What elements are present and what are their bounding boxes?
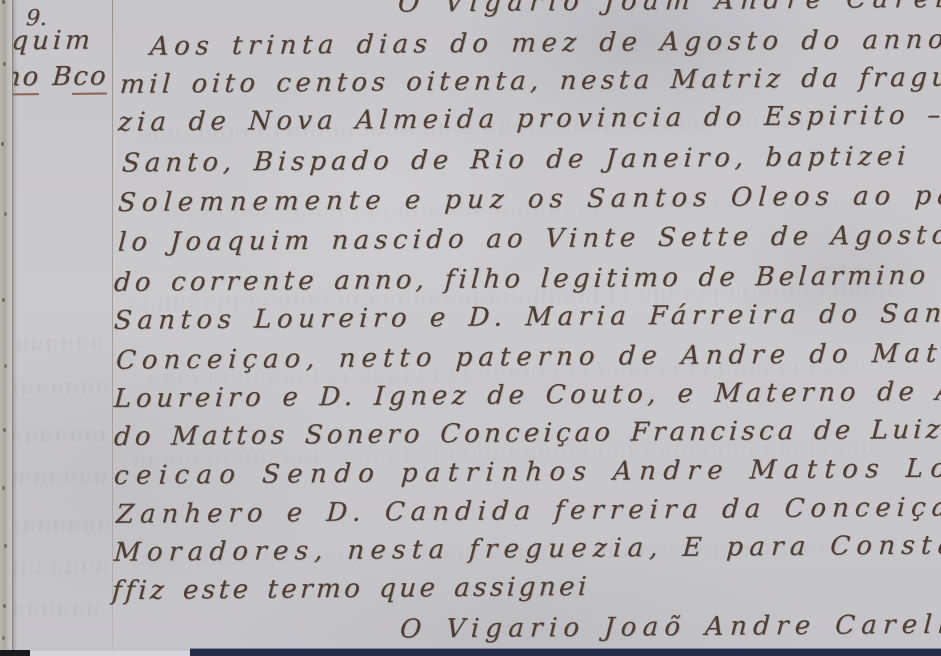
vicar-signature: O Vigario Joaõ Andre Carella [399, 607, 941, 646]
bleedthrough-ghost [10, 519, 108, 533]
edge-ink-specks [2, 0, 5, 4]
margin-abbrev-part: B [51, 62, 74, 92]
bleedthrough-ghost [8, 561, 108, 575]
manuscript-line: do Mattos Sonero Conceiçao Francisca de … [113, 412, 941, 454]
binding-edge [0, 0, 13, 656]
manuscript-line: ffiz este termo que assignei [111, 570, 591, 608]
manuscript-line: Moradores, nesta freguezia, E para Const… [113, 528, 941, 570]
bleedthrough-ghost [12, 429, 108, 443]
manuscript-line: Solemnemente e puz os Santos Oleos ao pa… [117, 178, 941, 220]
manuscript-line: Zanhero e D. Candida ferreira da Conceiç… [115, 490, 941, 532]
manuscript-line: ceicao Sendo patrinhos Andre Mattos Lour… [113, 451, 941, 493]
bleedthrough-ghost [8, 381, 108, 395]
manuscript-line: lo Joaquim nascido ao Vinte Sette de Ago… [117, 218, 941, 259]
manuscript-line: do corrente anno, filho legitimo de Bela… [113, 258, 941, 300]
margin-abbrev-part: co [72, 62, 108, 95]
manuscript-page: 9. aquim moBco O Vigario Joam Andre Care… [0, 0, 941, 656]
manuscript-line: zia de Nova Almeida provincia do Espirit… [117, 98, 941, 139]
bleedthrough-ghost [6, 471, 108, 485]
manuscript-line: Aos trinta dias do mez de Agosto do anno… [149, 22, 941, 64]
bottom-edge-light-bar [30, 651, 190, 656]
bleedthrough-ghost [18, 337, 106, 351]
bottom-edge-navy-bar [190, 648, 941, 656]
manuscript-line: Conceiçao, netto paterno de Andre do Mat… [115, 336, 941, 378]
bottom-edge-black-bar [0, 650, 30, 656]
manuscript-line: mil oito centos oitenta, nesta Matriz da… [119, 60, 941, 102]
manuscript-line: Loureiro e D. Ignez de Couto, e Materno … [113, 374, 941, 416]
manuscript-line: Santo, Bispado de Rio de Janeiro, baptiz… [121, 140, 912, 181]
margin-note-name-fragment: aquim [0, 24, 95, 59]
manuscript-line-top-partial: O Vigario Joam Andre Carella [397, 0, 941, 21]
bleedthrough-ghost [14, 603, 98, 616]
manuscript-line: Santos Loureiro e D. Maria Fárreira do S… [113, 296, 941, 338]
margin-note-abbreviation: moBco [0, 60, 109, 95]
